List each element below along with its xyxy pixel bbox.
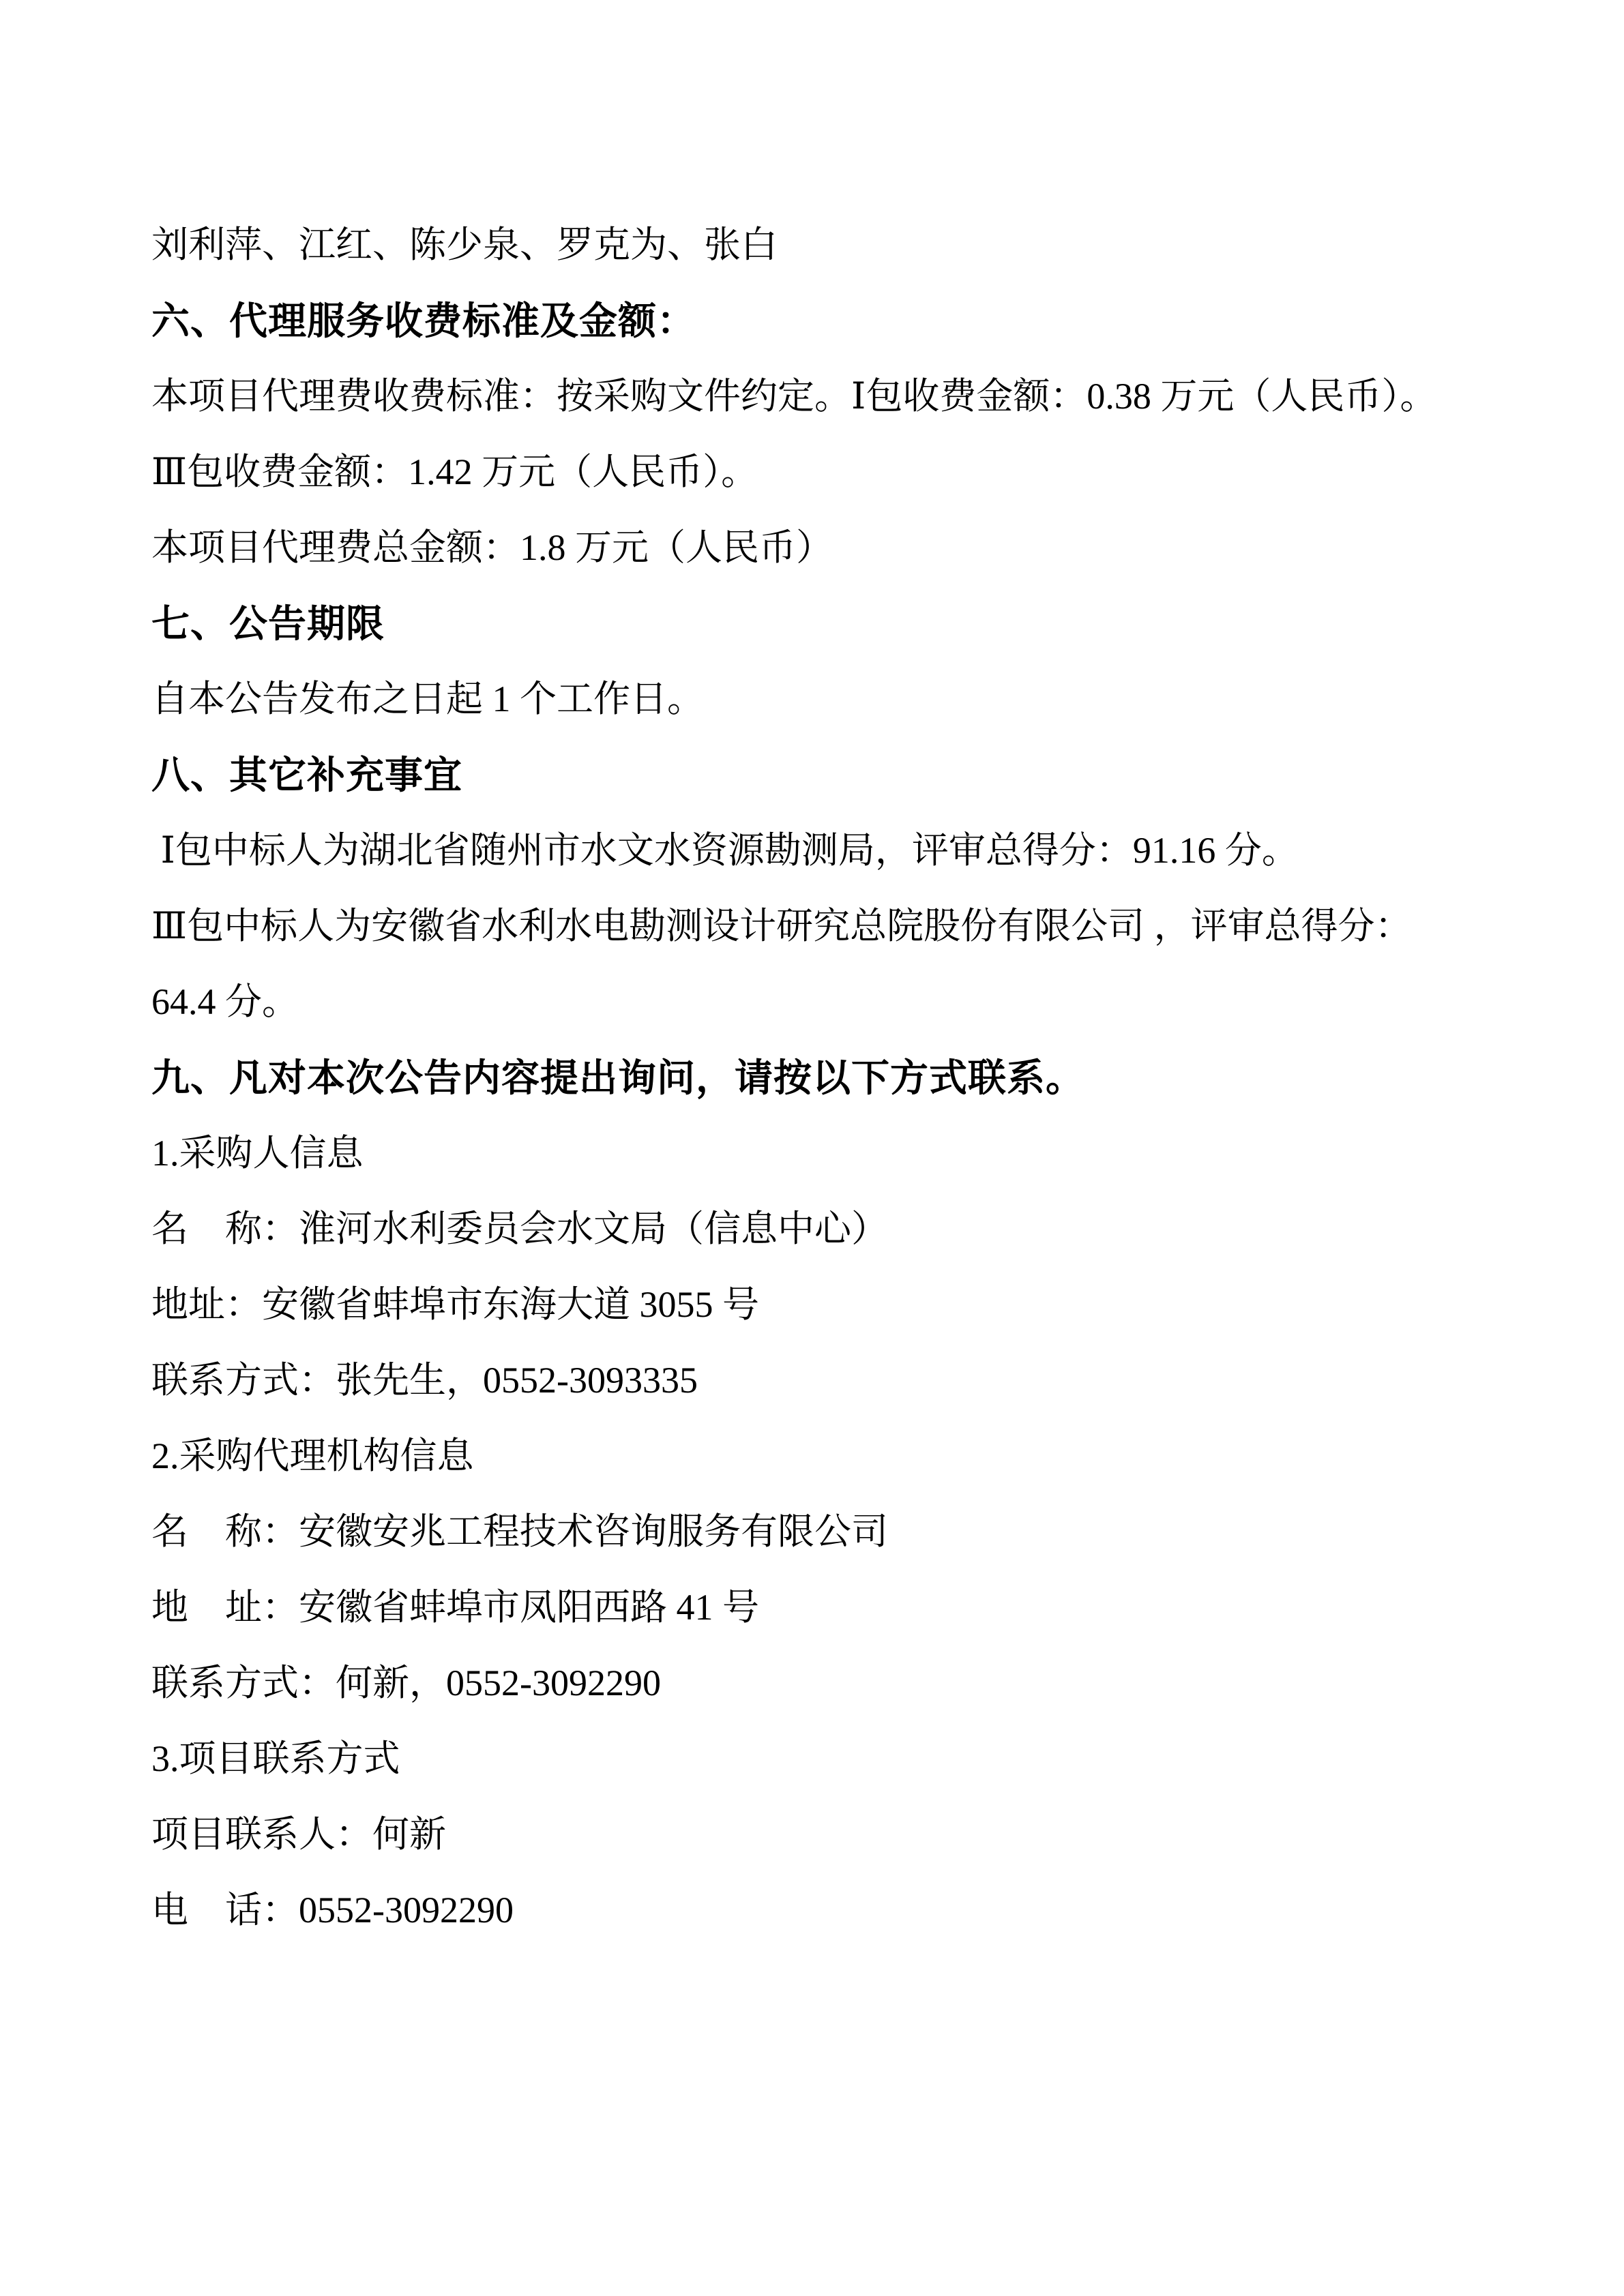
agency-name-line: 名 称：安徽安兆工程技术咨询服务有限公司 [151,1494,1488,1570]
agency-address-line: 地 址：安徽省蚌埠市凤阳西路 41 号 [151,1570,1488,1645]
purchaser-contact-line: 联系方式：张先生，0552-3093335 [151,1343,1488,1418]
project-contact-phone-line: 电 话：0552-3092290 [151,1873,1488,1948]
project-contact-title: 3.项目联系方式 [151,1721,1488,1797]
announcement-page: 刘利萍、江红、陈少泉、罗克为、张白 六、代理服务收费标准及金额： 本项目代理费收… [0,0,1624,2296]
package-iii-fee-line: Ⅲ包收费金额：1.42 万元（人民币）。 [151,434,1488,510]
agency-contact-line: 联系方式：何新，0552-3092290 [151,1645,1488,1721]
section-heading-7-period: 七、公告期限 [151,586,1488,661]
package-iii-score-line: 64.4 分。 [151,964,1488,1040]
announcement-period-line: 自本公告发布之日起 1 个工作日。 [151,661,1488,737]
package-i-winner-line: Ⅰ包中标人为湖北省随州市水文水资源勘测局，评审总得分：91.16 分。 [151,813,1488,889]
project-contact-person-line: 项目联系人：何新 [151,1797,1488,1873]
purchaser-info-title: 1.采购人信息 [151,1116,1488,1191]
section-heading-8-supplement: 八、其它补充事宜 [151,737,1488,813]
fee-standard-line: 本项目代理费收费标准：按采购文件约定。Ⅰ包收费金额：0.38 万元（人民币）。 [151,359,1488,434]
evaluators-names: 刘利萍、江红、陈少泉、罗克为、张白 [151,207,1488,283]
purchaser-name-line: 名 称：淮河水利委员会水文局（信息中心） [151,1191,1488,1267]
purchaser-address-line: 地址：安徽省蚌埠市东海大道 3055 号 [151,1267,1488,1343]
agency-info-title: 2.采购代理机构信息 [151,1418,1488,1494]
section-heading-6-fees: 六、代理服务收费标准及金额： [151,283,1488,359]
total-fee-line: 本项目代理费总金额：1.8 万元（人民币） [151,510,1488,586]
section-heading-9-contact: 九、凡对本次公告内容提出询问，请按以下方式联系。 [151,1040,1488,1116]
package-iii-winner-line: Ⅲ包中标人为安徽省水利水电勘测设计研究总院股份有限公司 ，评审总得分： [151,889,1488,964]
